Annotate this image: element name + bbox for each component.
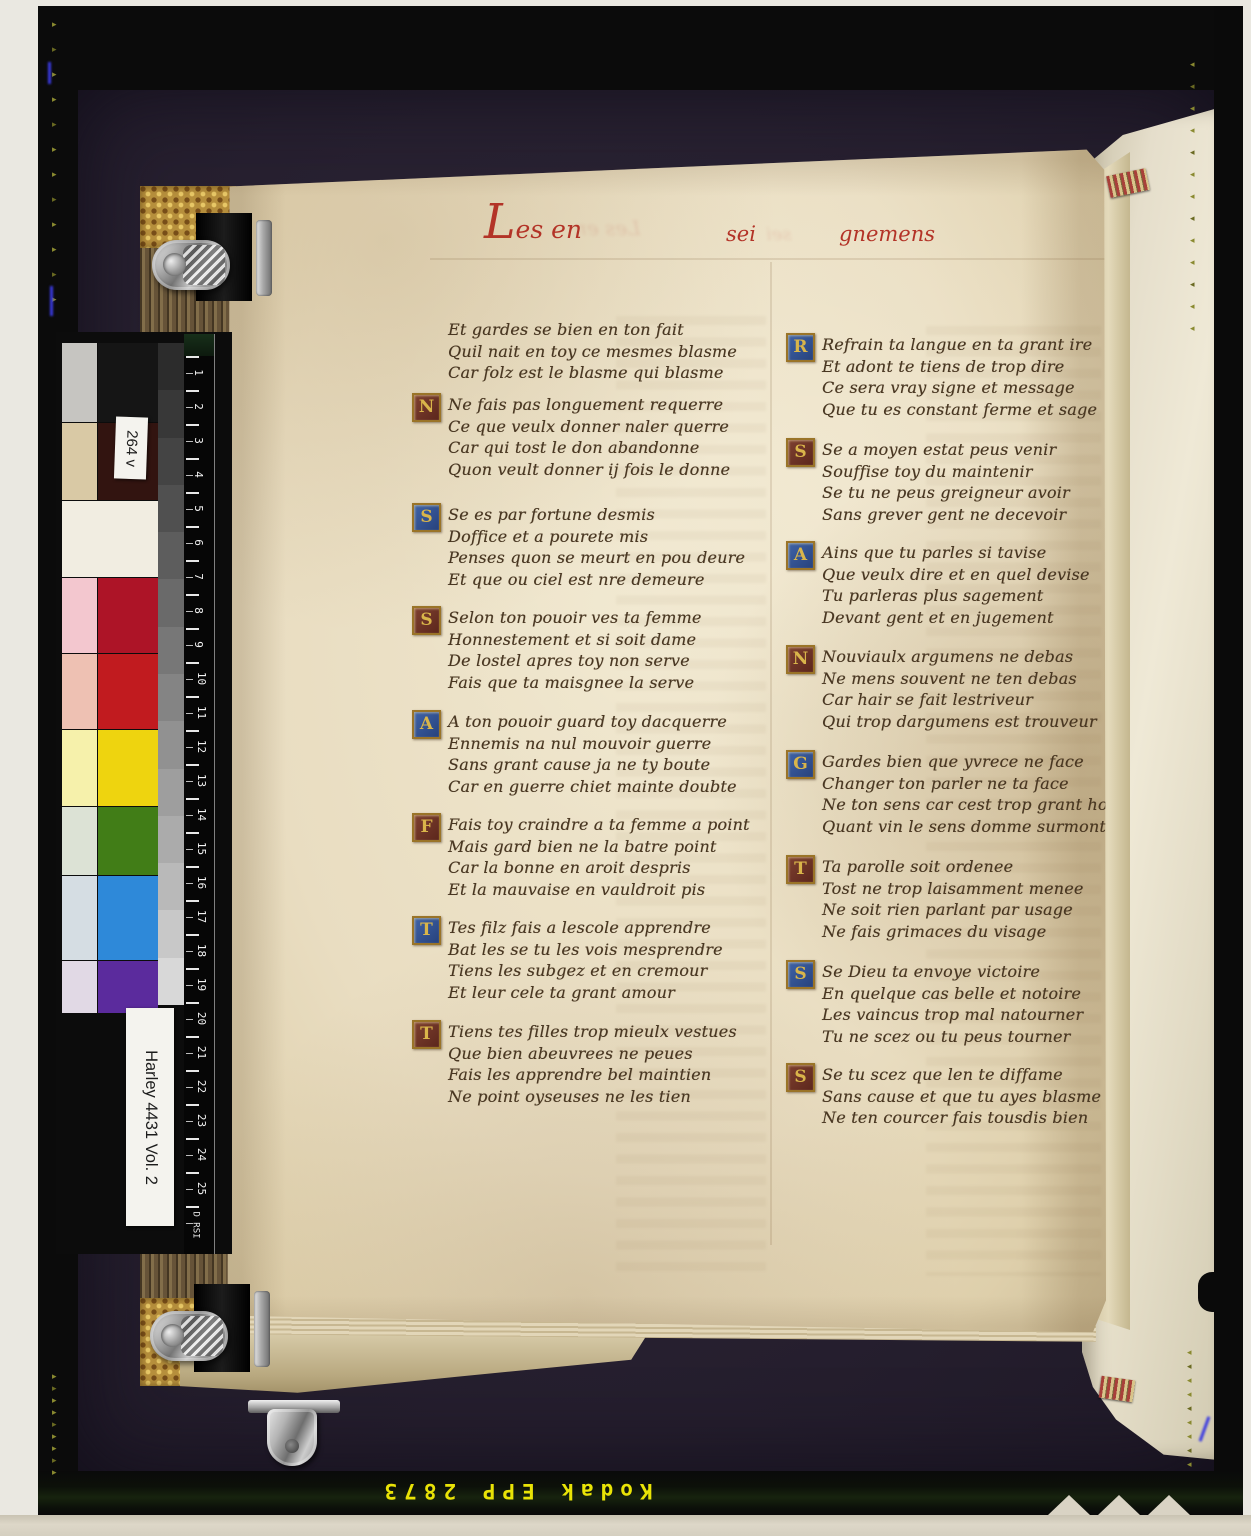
- film-scratch: [50, 286, 53, 316]
- stanza: SSe es par fortune desmisDoffice et a po…: [448, 505, 745, 591]
- verse-line: Car folz est le blasme qui blasme: [448, 363, 737, 385]
- chart-patch-row: [62, 501, 158, 577]
- rubric-heading-fragment: sei: [726, 222, 756, 246]
- illuminated-initial: F: [412, 813, 441, 842]
- film-edge-marks: ▸▸▸▸▸▸▸▸▸: [52, 1372, 57, 1477]
- chart-patch: [62, 423, 97, 500]
- print-border-bottom: [0, 1515, 1251, 1536]
- verse-line: Nouviaulx argumens ne debas: [822, 647, 1097, 669]
- verse-line: Tost ne trop laisamment menee: [822, 879, 1084, 901]
- film-edge-mark: ▸: [52, 95, 57, 104]
- verse-line: Refrain ta langue en ta grant ire: [822, 335, 1097, 357]
- rubric-heading-fragment: Les en: [484, 206, 582, 244]
- verse-line: Se a moyen estat peus venir: [822, 440, 1070, 462]
- film-edge-mark: ◂: [1190, 258, 1195, 267]
- film-edge-mark: ◂: [1187, 1348, 1192, 1357]
- verse-line: Se tu ne peus greigneur avoir: [822, 483, 1070, 505]
- ruler-cell: 4: [184, 458, 214, 492]
- chart-patch-row: [62, 730, 158, 806]
- verse-line: Ne soit rien parlant par usage: [822, 900, 1084, 922]
- grayscale-strip: [158, 343, 185, 1005]
- ruler-number: 2: [192, 403, 205, 410]
- stanza: SSe Dieu ta envoye victoireEn quelque ca…: [822, 962, 1083, 1048]
- ruler-cell: 17: [184, 900, 214, 934]
- verse-line: Tu ne scez ou tu peus tourner: [822, 1027, 1083, 1049]
- chart-patch-row: [62, 807, 158, 875]
- verse-line: Se tu scez que len te diffame: [822, 1065, 1101, 1087]
- verse-line: Tiens les subgez et en cremour: [448, 961, 723, 983]
- verse-line: Quil nait en toy ce mesmes blasme: [448, 342, 737, 364]
- rubric-ghost-offset: sei: [766, 224, 792, 245]
- verse-line: Ne point oyseuses ne les tien: [448, 1087, 737, 1109]
- verse-line: Car hair se fait lestriveur: [822, 690, 1097, 712]
- stanza: NNouviaulx argumens ne debasNe mens souv…: [822, 647, 1097, 733]
- stanza: NNe fais pas longuement requerreCe que v…: [448, 395, 730, 481]
- ruler-number: 15: [195, 842, 208, 855]
- film-edge-mark: ◂: [1190, 214, 1195, 223]
- grayscale-step: [158, 721, 185, 768]
- film-edge-mark: ◂: [1187, 1376, 1192, 1385]
- film-brand-text: Kodak EPP 2873: [362, 1479, 668, 1503]
- film-edge-mark: ◂: [1187, 1390, 1192, 1399]
- stanza: SSe a moyen estat peus venirSouffise toy…: [822, 440, 1070, 526]
- illuminated-initial: T: [412, 1020, 441, 1049]
- verse-line: Ce que veulx donner naler querre: [448, 417, 730, 439]
- stanza: Et gardes se bien en ton faitQuil nait e…: [448, 320, 737, 385]
- film-edge-mark: ▸: [52, 270, 57, 279]
- verse-line: Se es par fortune desmis: [448, 505, 745, 527]
- ruler-cell: 8: [184, 594, 214, 628]
- film-sprocket-notch: [1048, 1495, 1090, 1515]
- photographic-print: Les en sei gnemens Les en sei Et gardes …: [0, 0, 1251, 1536]
- film-edge-mark: ▸: [52, 1432, 57, 1441]
- ruler-cell: 20: [184, 1002, 214, 1036]
- ruler-cell: 14: [184, 798, 214, 832]
- chart-patch-row: [62, 654, 158, 729]
- verse-line: Ains que tu parles si tavise: [822, 543, 1090, 565]
- grayscale-step: [158, 910, 185, 957]
- verse-line: Souffise toy du maintenir: [822, 462, 1070, 484]
- ruler-cell: 1: [184, 356, 214, 390]
- ruler-number: 1: [192, 369, 205, 376]
- verse-line: Fais toy craindre a ta femme a point: [448, 815, 750, 837]
- chart-patch: [98, 807, 158, 875]
- ruler-cell: 25: [184, 1172, 214, 1206]
- film-edge-marks: ◂◂◂◂◂◂◂◂◂◂◂◂◂: [1190, 60, 1195, 333]
- ruler-number: 3: [192, 437, 205, 444]
- ruler-number: 18: [195, 944, 208, 957]
- verse-line: Doffice et a pourete mis: [448, 527, 745, 549]
- film-edge-mark: ▸: [52, 1408, 57, 1417]
- illuminated-initial: A: [412, 710, 441, 739]
- stanza: GGardes bien que yvrece ne faceChanger t…: [822, 752, 1135, 838]
- shelfmark-label: Harley 4431 Vol. 2: [126, 1008, 174, 1226]
- film-edge-mark: ▸: [52, 220, 57, 229]
- film-edge-mark: ▸: [52, 20, 57, 29]
- ruler-cell: 6: [184, 526, 214, 560]
- grayscale-step: [158, 485, 185, 532]
- film-edge-mark: ▸: [52, 245, 57, 254]
- film-edge-mark: ▸: [52, 45, 57, 54]
- ruler-number: 13: [195, 774, 208, 787]
- grayscale-step: [158, 579, 185, 626]
- verse-line: Que bien abeuvrees ne peues: [448, 1044, 737, 1066]
- ruler-end-label: D RSI: [191, 1211, 201, 1238]
- stanza: RRefrain ta langue en ta grant ireEt ado…: [822, 335, 1097, 421]
- verse-line: Que veulx dire et en quel devise: [822, 565, 1090, 587]
- film-sprocket-notch: [1098, 1495, 1140, 1515]
- ruler-cell: 16: [184, 866, 214, 900]
- chart-patch: [98, 343, 158, 422]
- film-edge-mark: ◂: [1190, 170, 1195, 179]
- film-edge-mark: ◂: [1187, 1446, 1192, 1455]
- film-edge-marks: ◂◂◂◂◂◂◂◂◂: [1187, 1348, 1192, 1469]
- chart-patch-row: [62, 343, 158, 422]
- stanza: SSe tu scez que len te diffameSans cause…: [822, 1065, 1101, 1130]
- verse-line: Devant gent et en jugement: [822, 608, 1090, 630]
- verse-line: Honnestement et si soit dame: [448, 630, 702, 652]
- film-edge-mark: ▸: [52, 145, 57, 154]
- illuminated-initial: N: [786, 645, 815, 674]
- ruler-cell: 7: [184, 560, 214, 594]
- verse-line: Sans grever gent ne decevoir: [822, 505, 1070, 527]
- illuminated-initial: S: [412, 503, 441, 532]
- ruler-number: 10: [195, 672, 208, 685]
- verse-line: Et que ou ciel est nre demeure: [448, 570, 745, 592]
- ruler-cell: 5: [184, 492, 214, 526]
- chart-patch: [98, 876, 158, 960]
- verse-line: Ne fais pas longuement requerre: [448, 395, 730, 417]
- ruler-header: [184, 334, 214, 356]
- chart-patch-row: [62, 876, 158, 960]
- verse-line: Et adont te tiens de trop dire: [822, 357, 1097, 379]
- verse-line: Ne ton sens car cest trop grant honte: [822, 795, 1135, 817]
- chart-patch: [98, 578, 158, 653]
- verse-line: Ce sera vray signe et message: [822, 378, 1097, 400]
- clip-bar: [254, 1291, 270, 1367]
- ruling-line-horizontal: [430, 258, 1115, 260]
- film-edge-mark: ◂: [1190, 104, 1195, 113]
- verse-line: Changer ton parler ne ta face: [822, 774, 1135, 796]
- ruler-cell: 23: [184, 1104, 214, 1138]
- ruler-number: 24: [195, 1148, 208, 1161]
- ruler-number: 19: [195, 978, 208, 991]
- binder-clip-top: [152, 213, 274, 301]
- ruler-cell: 13: [184, 764, 214, 798]
- verse-line: Tu parleras plus sagement: [822, 586, 1090, 608]
- verse-line: Car qui tost le don abandonne: [448, 438, 730, 460]
- binder-clip-bottom-left: [150, 1284, 272, 1372]
- ruler-number: 7: [192, 573, 205, 580]
- film-edge-mark: ◂: [1190, 236, 1195, 245]
- ruler-cell: 2: [184, 390, 214, 424]
- clip-head: [267, 1409, 317, 1466]
- film-edge-mark: ▸: [52, 120, 57, 129]
- ruler-cell: 21: [184, 1036, 214, 1070]
- ruler-number: 14: [195, 808, 208, 821]
- chart-patch: [62, 343, 97, 422]
- chart-patch: [62, 807, 97, 875]
- chart-patch: [62, 876, 97, 960]
- chart-patch: [98, 730, 158, 806]
- clip-head: [152, 240, 230, 290]
- rubric-heading-fragment: gnemens: [839, 222, 935, 246]
- verse-line: En quelque cas belle et notoire: [822, 984, 1083, 1006]
- ruler-number: 21: [195, 1046, 208, 1059]
- clip-head: [150, 1311, 228, 1361]
- illuminated-initial: S: [786, 438, 815, 467]
- grayscale-step: [158, 343, 185, 390]
- chart-patch: [62, 578, 97, 653]
- verse-line: Et gardes se bien en ton fait: [448, 320, 737, 342]
- illuminated-initial: T: [786, 855, 815, 884]
- verse-line: Fais que ta maisgnee la serve: [448, 673, 702, 695]
- ruler-number: 5: [192, 505, 205, 512]
- film-edge-notch: [1198, 1272, 1228, 1312]
- verse-line: Tiens tes filles trop mieulx vestues: [448, 1022, 737, 1044]
- film-edge-mark: ▸: [52, 1444, 57, 1453]
- verse-line: Quon veult donner ij fois le donne: [448, 460, 730, 482]
- verse-line: Ne fais grimaces du visage: [822, 922, 1084, 944]
- verse-line: Et la mauvaise en vauldroit pis: [448, 880, 750, 902]
- verse-line: Quant vin le sens domme surmonte: [822, 817, 1135, 839]
- grayscale-step: [158, 769, 185, 816]
- film-sprocket-notch: [1148, 1495, 1190, 1515]
- chart-patch: [62, 730, 97, 806]
- film-edge-mark: ▸: [52, 1384, 57, 1393]
- film-edge-mark: ◂: [1190, 148, 1195, 157]
- verse-line: Mais gard bien ne la batre point: [448, 837, 750, 859]
- verse-line: Ennemis na nul mouvoir guerre: [448, 734, 737, 756]
- verse-line: Tes filz fais a lescole apprendre: [448, 918, 723, 940]
- verse-line: Car la bonne en aroit despris: [448, 858, 750, 880]
- verse-line: Gardes bien que yvrece ne face: [822, 752, 1135, 774]
- chart-patch-row: [62, 578, 158, 653]
- ruler-number: 20: [195, 1012, 208, 1025]
- ruling-line-vertical: [770, 262, 772, 1245]
- verse-line: Ta parolle soit ordenee: [822, 857, 1084, 879]
- film-edge-mark: ▸: [52, 1468, 57, 1477]
- ruler-cell: 10: [184, 662, 214, 696]
- grayscale-step: [158, 863, 185, 910]
- folio-label: 264 v: [114, 416, 148, 479]
- ruler-number: 4: [192, 471, 205, 478]
- verse-line: Sans grant cause ja ne ty boute: [448, 755, 737, 777]
- film-edge-mark: ▸: [52, 1456, 57, 1465]
- grayscale-step: [158, 438, 185, 485]
- film-frame-top: [38, 6, 1243, 90]
- stanza: SSelon ton pouoir ves ta femmeHonnesteme…: [448, 608, 702, 694]
- grayscale-step: [158, 958, 185, 1005]
- ruler-number: 23: [195, 1114, 208, 1127]
- verse-line: Se Dieu ta envoye victoire: [822, 962, 1083, 984]
- ruler-cell: 9: [184, 628, 214, 662]
- rubric-ghost-offset: Les en: [574, 216, 640, 240]
- film-edge-mark: ▸: [52, 1372, 57, 1381]
- film-edge-mark: ◂: [1190, 324, 1195, 333]
- stanza: AA ton pouoir guard toy dacquerreEnnemis…: [448, 712, 737, 798]
- film-edge-mark: ◂: [1187, 1404, 1192, 1413]
- stanza: TTiens tes filles trop mieulx vestuesQue…: [448, 1022, 737, 1108]
- verse-line: Et leur cele ta grant amour: [448, 983, 723, 1005]
- film-edge-mark: ▸: [52, 1396, 57, 1405]
- stanza: TTes filz fais a lescole apprendreBat le…: [448, 918, 723, 1004]
- chart-patch: [98, 654, 158, 729]
- illuminated-initial: A: [786, 541, 815, 570]
- verse-line: Bat les se tu les vois mesprendre: [448, 940, 723, 962]
- illuminated-initial: S: [786, 960, 815, 989]
- chart-patch-row: [62, 961, 158, 1013]
- clip-bar: [256, 220, 272, 296]
- film-edge-mark: ◂: [1190, 280, 1195, 289]
- parchment-page: Les en sei gnemens Les en sei Et gardes …: [226, 146, 1106, 1336]
- illuminated-initial: T: [412, 916, 441, 945]
- ruler-cell: 12: [184, 730, 214, 764]
- ruler-cell: 15: [184, 832, 214, 866]
- verse-line: Sans cause et que tu ayes blasme: [822, 1087, 1101, 1109]
- ruler-number: 6: [192, 539, 205, 546]
- film-edge-mark: ◂: [1187, 1418, 1192, 1427]
- illuminated-initial: S: [786, 1063, 815, 1092]
- illuminated-initial: S: [412, 606, 441, 635]
- ruler-number: 9: [192, 641, 205, 648]
- film-edge-mark: ◂: [1187, 1362, 1192, 1371]
- film-edge-mark: ◂: [1190, 302, 1195, 311]
- film-edge-marks: ▸▸▸▸▸▸▸▸▸▸▸▸: [52, 20, 57, 304]
- ruler-cell: 18: [184, 934, 214, 968]
- verse-line: Fais les apprendre bel maintien: [448, 1065, 737, 1087]
- illuminated-initial: G: [786, 750, 815, 779]
- grayscale-step: [158, 532, 185, 579]
- grayscale-step: [158, 674, 185, 721]
- verse-line: Ne ten courcer fais tousdis bien: [822, 1108, 1101, 1130]
- verse-line: Qui trop dargumens est trouveur: [822, 712, 1097, 734]
- film-edge-mark: ◂: [1187, 1460, 1192, 1469]
- grayscale-step: [158, 627, 185, 674]
- verse-line: De lostel apres toy non serve: [448, 651, 702, 673]
- stanza: TTa parolle soit ordeneeTost ne trop lai…: [822, 857, 1084, 943]
- tailband: [1099, 1376, 1136, 1403]
- film-edge-mark: ▸: [52, 195, 57, 204]
- verse-line: Que tu es constant ferme et sage: [822, 400, 1097, 422]
- grayscale-step: [158, 816, 185, 863]
- ruler-number: 16: [195, 876, 208, 889]
- verse-line: Ne mens souvent ne ten debas: [822, 669, 1097, 691]
- ruler-cell: 19: [184, 968, 214, 1002]
- film-edge-mark: ◂: [1190, 126, 1195, 135]
- ruler-number: 17: [195, 910, 208, 923]
- illuminated-initial: R: [786, 333, 815, 362]
- ruler-cell: 24: [184, 1138, 214, 1172]
- film-edge-mark: ◂: [1187, 1432, 1192, 1441]
- film-edge-mark: ◂: [1190, 82, 1195, 91]
- chart-patch: [62, 961, 97, 1013]
- verse-line: Selon ton pouoir ves ta femme: [448, 608, 702, 630]
- verse-line: Penses quon se meurt en pou deure: [448, 548, 745, 570]
- grayscale-step: [158, 390, 185, 437]
- binder-clip-foot: [248, 1396, 340, 1468]
- ruler-number: 11: [195, 706, 208, 719]
- film-edge-mark: ◂: [1190, 60, 1195, 69]
- ruler-cell: 22: [184, 1070, 214, 1104]
- verse-line: Car en guerre chiet mainte doubte: [448, 777, 737, 799]
- verse-line: Les vaincus trop mal natourner: [822, 1005, 1083, 1027]
- stanza: AAins que tu parles si taviseQue veulx d…: [822, 543, 1090, 629]
- illuminated-initial: N: [412, 393, 441, 422]
- film-scratch: [48, 62, 51, 84]
- film-edge-mark: ▸: [52, 70, 57, 79]
- ruler-cell: 3: [184, 424, 214, 458]
- ruler-number: 22: [195, 1080, 208, 1093]
- ruler-number: 8: [192, 607, 205, 614]
- ruler-cell: 11: [184, 696, 214, 730]
- stanza: FFais toy craindre a ta femme a pointMai…: [448, 815, 750, 901]
- film-edge-mark: ▸: [52, 1420, 57, 1429]
- chart-patch: [98, 961, 158, 1013]
- film-edge-mark: ◂: [1190, 192, 1195, 201]
- verse-line: A ton pouoir guard toy dacquerre: [448, 712, 737, 734]
- chart-patch: [62, 654, 97, 729]
- ruler: 1234567891011121314151617181920212223242…: [184, 334, 215, 1254]
- ruler-number: 25: [195, 1182, 208, 1195]
- ruler-number: 12: [195, 740, 208, 753]
- ruler-end-cell: D RSI: [184, 1206, 214, 1246]
- film-edge-mark: ▸: [52, 170, 57, 179]
